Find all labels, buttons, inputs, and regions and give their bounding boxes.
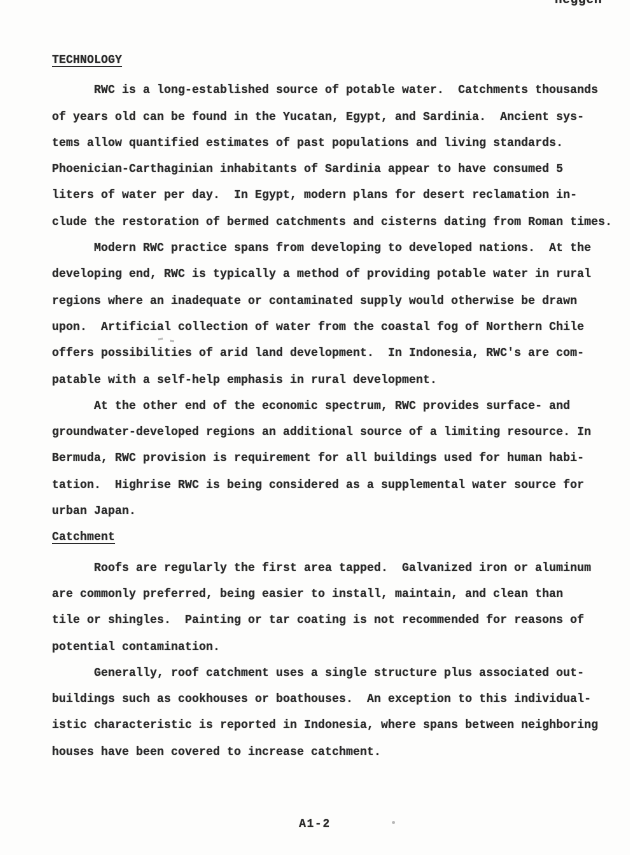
text-line: Phoenician-Carthaginian inhabitants of S… bbox=[52, 157, 618, 183]
text-line: istic characteristic is reported in Indo… bbox=[52, 713, 618, 739]
paragraph-roof-catchment: Generally, roof catchment uses a single … bbox=[52, 661, 618, 766]
text-line: tation. Highrise RWC is being considered… bbox=[52, 473, 618, 499]
paragraph-history: RWC is a long-established source of pota… bbox=[52, 78, 618, 236]
section-heading-row: Catchment bbox=[52, 525, 618, 551]
text-line: At the other end of the economic spectru… bbox=[52, 394, 618, 420]
section-heading-row: TECHNOLOGY bbox=[52, 48, 618, 74]
paragraph-economic-spectrum: At the other end of the economic spectru… bbox=[52, 394, 618, 525]
scan-artifact bbox=[170, 340, 174, 342]
scan-artifact bbox=[392, 821, 395, 824]
text-line: regions where an inadequate or contamina… bbox=[52, 289, 618, 315]
text-line: Modern RWC practice spans from developin… bbox=[52, 236, 618, 262]
paragraph-roofs: Roofs are regularly the first area tappe… bbox=[52, 556, 618, 661]
document-body: TECHNOLOGY RWC is a long-established sou… bbox=[52, 48, 618, 766]
scanned-document-page: heggen TECHNOLOGY RWC is a long-establis… bbox=[0, 0, 630, 855]
text-line: buildings such as cookhouses or boathous… bbox=[52, 687, 618, 713]
text-line: offers possibilities of arid land develo… bbox=[52, 341, 618, 367]
section-heading-catchment: Catchment bbox=[52, 531, 115, 544]
text-line: Bermuda, RWC provision is requirement fo… bbox=[52, 446, 618, 472]
text-line: are commonly preferred, being easier to … bbox=[52, 582, 618, 608]
text-line: tems allow quantified estimates of past … bbox=[52, 131, 618, 157]
text-line: Generally, roof catchment uses a single … bbox=[52, 661, 618, 687]
text-line: patable with a self-help emphasis in rur… bbox=[52, 368, 618, 394]
paragraph-modern-practice: Modern RWC practice spans from developin… bbox=[52, 236, 618, 394]
text-line: houses have been covered to increase cat… bbox=[52, 740, 618, 766]
text-line: tile or shingles. Painting or tar coatin… bbox=[52, 608, 618, 634]
section-heading-technology: TECHNOLOGY bbox=[52, 54, 122, 67]
text-line: Roofs are regularly the first area tappe… bbox=[52, 556, 618, 582]
text-line: groundwater-developed regions an additio… bbox=[52, 420, 618, 446]
text-line: developing end, RWC is typically a metho… bbox=[52, 262, 618, 288]
page-number: A1-2 bbox=[299, 818, 331, 831]
text-line: potential contamination. bbox=[52, 635, 618, 661]
text-line: clude the restoration of bermed catchmen… bbox=[52, 210, 618, 236]
text-line: liters of water per day. In Egypt, moder… bbox=[52, 183, 618, 209]
author-name: heggen bbox=[555, 0, 602, 8]
text-line: urban Japan. bbox=[52, 499, 618, 525]
text-line: of years old can be found in the Yucatan… bbox=[52, 105, 618, 131]
text-line: upon. Artificial collection of water fro… bbox=[52, 315, 618, 341]
text-line: RWC is a long-established source of pota… bbox=[52, 78, 618, 104]
